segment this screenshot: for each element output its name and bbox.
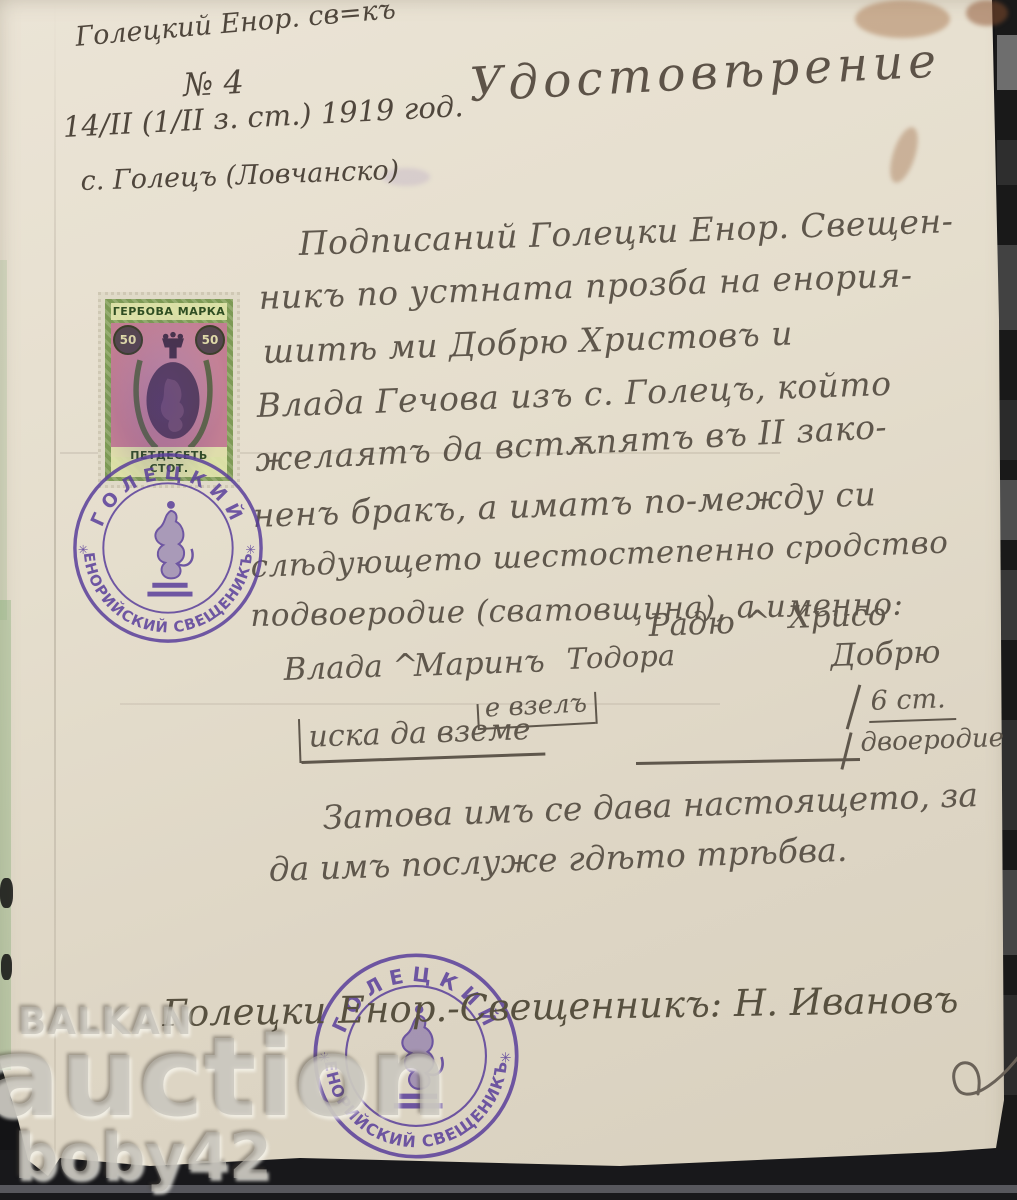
signature-flourish bbox=[920, 1018, 1017, 1133]
background-block bbox=[997, 400, 1017, 460]
diagram-name: Влада ^ bbox=[283, 647, 419, 688]
underlying-page-edge bbox=[0, 600, 11, 1070]
seal-separator-right: ✳ bbox=[500, 1050, 512, 1066]
watermark-auction: auction bbox=[0, 1022, 448, 1132]
watermark-boby42: boby42 bbox=[14, 1126, 272, 1188]
diagram-wants-note: иска да вземе bbox=[300, 711, 545, 763]
crease-line bbox=[120, 703, 720, 705]
seal-separator-left: ✳ bbox=[78, 543, 89, 558]
diagram-name: Тодора bbox=[566, 638, 676, 676]
background-block bbox=[997, 245, 1017, 330]
diagram-name: Хрисо bbox=[788, 597, 887, 636]
fold-line bbox=[54, 0, 56, 1160]
diagram-name: Маринъ bbox=[413, 643, 545, 684]
lion-emblem-icon bbox=[147, 501, 192, 594]
underlying-page-edge bbox=[0, 260, 7, 620]
stain bbox=[966, 0, 1008, 26]
paper-edge-tear bbox=[0, 878, 13, 908]
background-block bbox=[997, 140, 1017, 185]
stain bbox=[855, 0, 950, 38]
background-block bbox=[997, 35, 1017, 90]
header-number-line: № 4 bbox=[182, 63, 245, 104]
diagram-degree-note: 6 ст. bbox=[868, 683, 956, 723]
seal-separator-right: ✳ bbox=[245, 543, 256, 558]
diagram-name: Добрю bbox=[830, 634, 941, 674]
paper-edge-tear bbox=[1, 954, 12, 980]
parish-seal-stamp: ГОЛЕЦКИЙ ЕНОРИЙСКИЙ СВЕЩЕНИКЪ ✳ ✳ bbox=[70, 450, 266, 646]
diagram-relation-note: двоеродие bbox=[860, 723, 1005, 758]
